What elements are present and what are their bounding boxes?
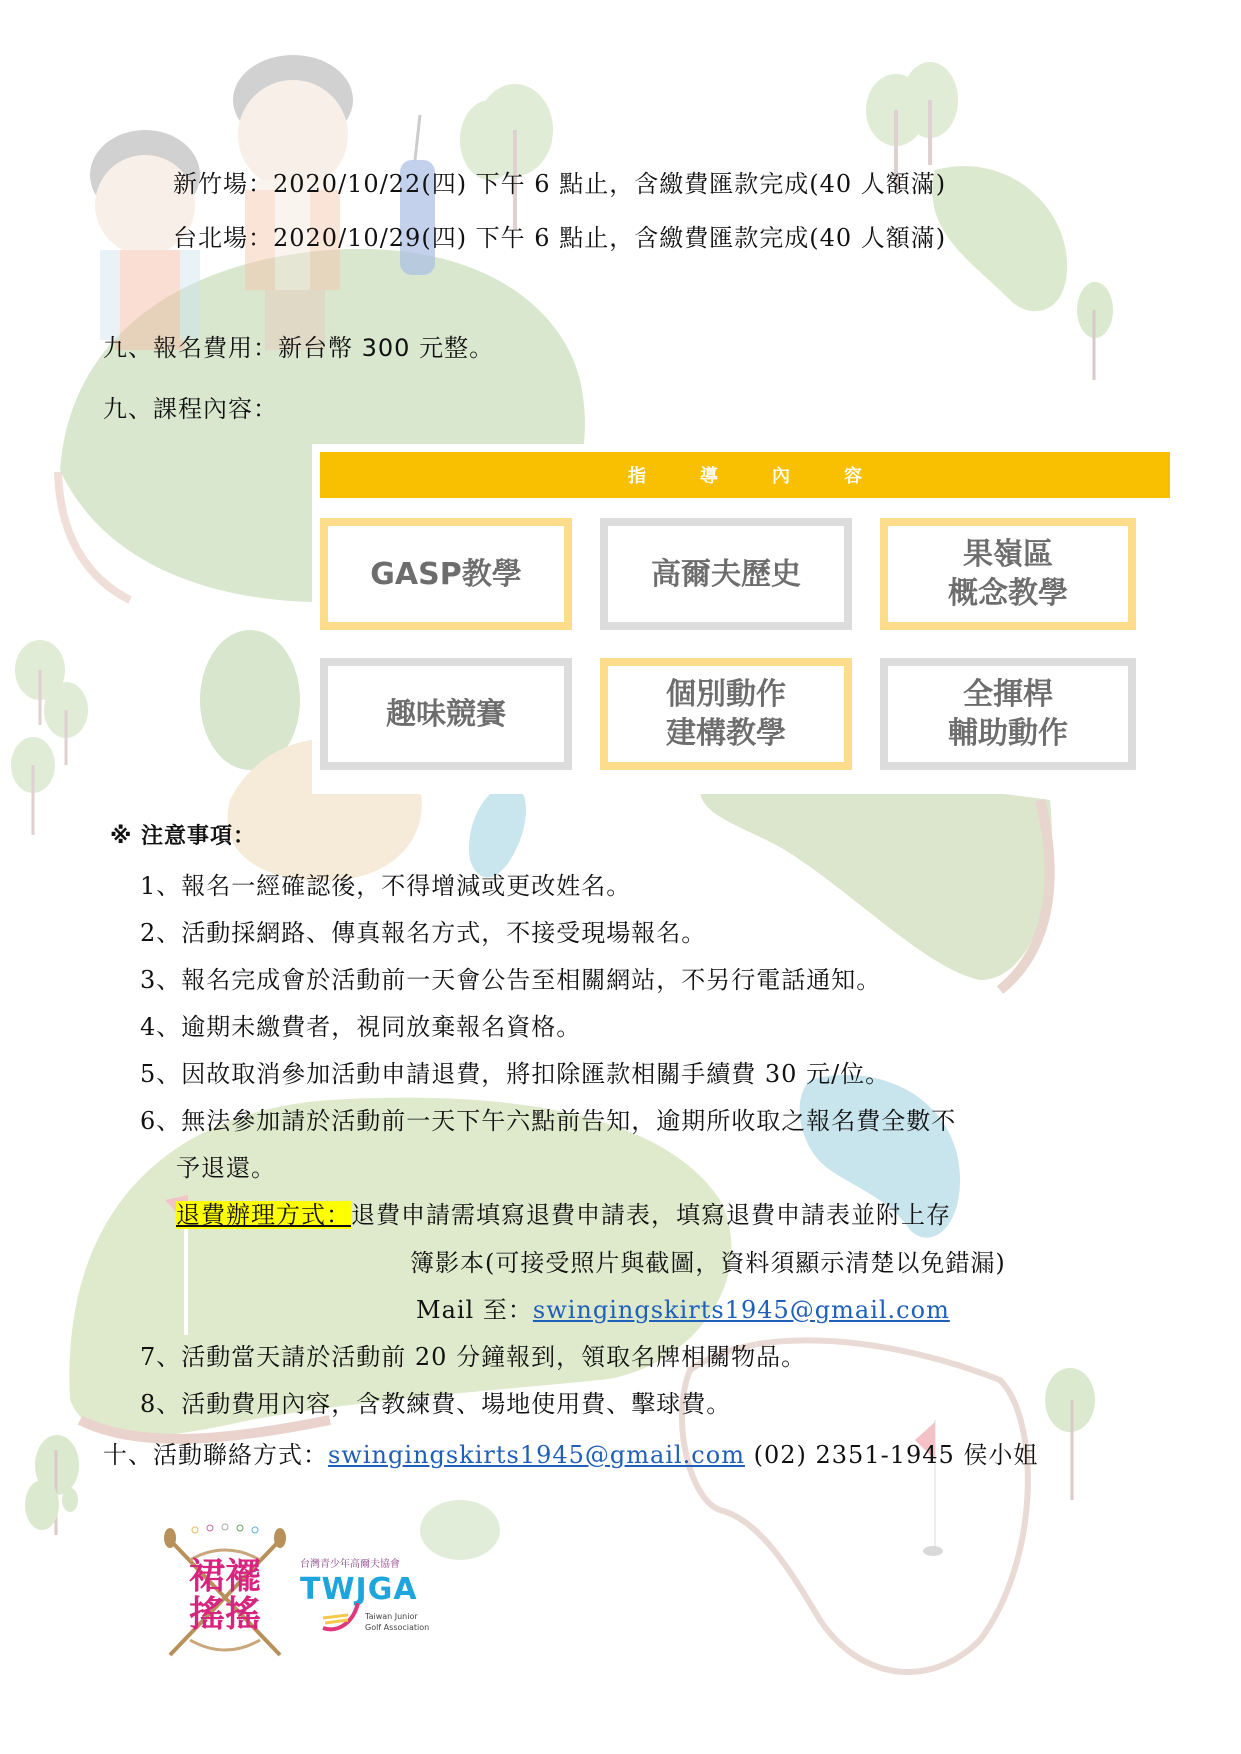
notes-title: ※ 注意事項： xyxy=(110,826,256,848)
contact-phone: (02) 2351-1945 xyxy=(754,1441,955,1469)
course-header: 指 導 內 容 xyxy=(320,452,1170,498)
course-cell-gasp: GASP教學 xyxy=(320,518,572,630)
refund-method-label: 退費辦理方式： xyxy=(176,1201,351,1229)
note-item: 7、活動當天請於活動前 20 分鐘報到，領取名牌相關物品。 xyxy=(140,1345,806,1369)
course-label: 九、課程內容： xyxy=(103,397,278,421)
fee-row: 九、報名費用：新台幣 300 元整。 xyxy=(103,336,494,360)
twjga-sub1: Taiwan Junior xyxy=(365,1611,429,1622)
refund-email-link[interactable]: swingingskirts1945@gmail.com xyxy=(533,1296,950,1324)
course-content-table: 指 導 內 容 GASP教學 高爾夫歷史 果嶺區 概念教學 趣味競賽 個別動作 … xyxy=(312,444,1178,794)
course-cell-green-concept: 果嶺區 概念教學 xyxy=(880,518,1136,630)
note-item: 1、報名一經確認後，不得增減或更改姓名。 xyxy=(140,874,631,898)
note-item: 6、無法參加請於活動前一天下午六點前告知，逾期所收取之報名費全數不 xyxy=(140,1109,956,1133)
note-item: 2、活動採網路、傳真報名方式，不接受現場報名。 xyxy=(140,921,706,945)
refund-method-line2: 簿影本(可接受照片與截圖，資料須顯示清楚以免錯漏) xyxy=(410,1251,1006,1275)
course-cell-individual-motion: 個別動作 建構教學 xyxy=(600,658,852,770)
contact-person: 侯小姐 xyxy=(963,1441,1038,1469)
contact-email-link[interactable]: swingingskirts1945@gmail.com xyxy=(328,1441,745,1469)
twjga-logo: 台灣青少年高爾夫協會 TWJGA Taiwan Junior Golf Asso… xyxy=(300,1555,430,1645)
twjga-sub2: Golf Association xyxy=(365,1622,429,1633)
contact-label: 十、活動聯絡方式： xyxy=(103,1441,328,1469)
deadline-taipei: 台北場：2020/10/29(四) 下午 6 點止，含繳費匯款完成(40 人額滿… xyxy=(173,226,946,250)
refund-method-line1: 退費申請需填寫退費申請表，填寫退費申請表並附上存 xyxy=(351,1201,951,1229)
note-item-continued: 予退還。 xyxy=(176,1156,276,1180)
course-cell-full-swing: 全揮桿 輔助動作 xyxy=(880,658,1136,770)
course-header-char: 內 xyxy=(772,462,790,488)
twjga-org-name: 台灣青少年高爾夫協會 xyxy=(300,1555,430,1570)
course-header-char: 指 xyxy=(628,462,646,488)
logo-text-line1: 裙襬 xyxy=(175,1558,275,1596)
fee-label: 九、報名費用： xyxy=(103,334,278,362)
contact-row: 十、活動聯絡方式：swingingskirts1945@gmail.com (0… xyxy=(103,1443,1038,1467)
note-item: 4、逾期未繳費者，視同放棄報名資格。 xyxy=(140,1015,581,1039)
refund-method-row: 退費辦理方式：退費申請需填寫退費申請表，填寫退費申請表並附上存 xyxy=(176,1203,951,1227)
swinging-skirts-logo: 裙襬 搖搖 xyxy=(150,1520,300,1670)
deadline-hsinchu: 新竹場：2020/10/22(四) 下午 6 點止，含繳費匯款完成(40 人額滿… xyxy=(173,172,946,196)
note-item: 3、報名完成會於活動前一天會公告至相關網站，不另行電話通知。 xyxy=(140,968,881,992)
kids-illustration xyxy=(90,55,353,350)
course-header-char: 導 xyxy=(700,462,718,488)
twjga-abbr: TWJGA xyxy=(300,1572,430,1607)
course-cell-fun-competition: 趣味競賽 xyxy=(320,658,572,770)
note-item: 8、活動費用內容，含教練費、場地使用費、擊球費。 xyxy=(140,1392,731,1416)
refund-mail-row: Mail 至：swingingskirts1945@gmail.com xyxy=(416,1298,950,1322)
fee-value: 新台幣 300 元整。 xyxy=(278,334,494,362)
course-cell-golf-history: 高爾夫歷史 xyxy=(600,518,852,630)
note-item: 5、因故取消參加活動申請退費，將扣除匯款相關手續費 30 元/位。 xyxy=(140,1062,890,1086)
refund-mail-prefix: Mail 至： xyxy=(416,1296,533,1324)
course-header-char: 容 xyxy=(844,462,862,488)
logo-text-line2: 搖搖 xyxy=(175,1596,275,1634)
